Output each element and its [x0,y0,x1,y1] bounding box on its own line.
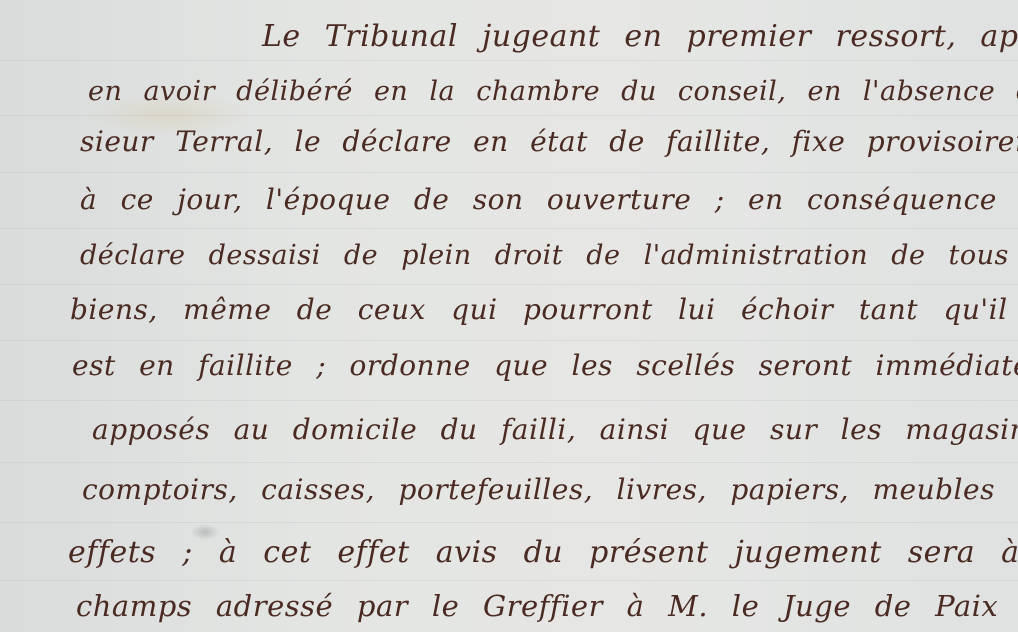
manuscript-line-11: champs adressé par le Greffier à M. le J… [76,592,1018,621]
manuscript-line-3: sieur Terral, le déclare en état de fail… [80,128,1018,156]
ruling-line [0,580,1018,581]
manuscript-line-10: effets ; à cet effet avis du présent jug… [68,538,1018,568]
ruling-line [0,340,1018,341]
ruling-line [0,172,1018,173]
manuscript-line-11-prefix: champs [76,589,192,623]
ruling-line [0,462,1018,463]
manuscript-page: Le Tribunal jugeant en premier ressort, … [0,0,1018,632]
ruling-line [0,228,1018,229]
manuscript-line-8: apposés au domicile du failli, ainsi que… [92,416,1018,444]
manuscript-line-11-text: adressé par le Greffier à M. le Juge de … [216,589,1018,623]
manuscript-line-6: biens, même de ceux qui pourront lui éch… [70,296,1008,324]
ruling-line [0,522,1018,523]
ruling-line [0,115,1018,116]
ruling-line [0,400,1018,401]
manuscript-line-5: déclare dessaisi de plein droit de l'adm… [80,242,1018,269]
manuscript-line-1: Le Tribunal jugeant en premier ressort, … [262,22,1018,52]
ruling-line [0,284,1018,285]
manuscript-line-2: en avoir délibéré en la chambre du conse… [88,78,1018,105]
ruling-line [0,60,1018,61]
manuscript-line-4: à ce jour, l'époque de son ouverture ; e… [80,186,1018,214]
manuscript-line-9: comptoirs, caisses, portefeuilles, livre… [82,476,1018,504]
manuscript-line-7: est en faillite ; ordonne que les scellé… [72,352,1018,380]
